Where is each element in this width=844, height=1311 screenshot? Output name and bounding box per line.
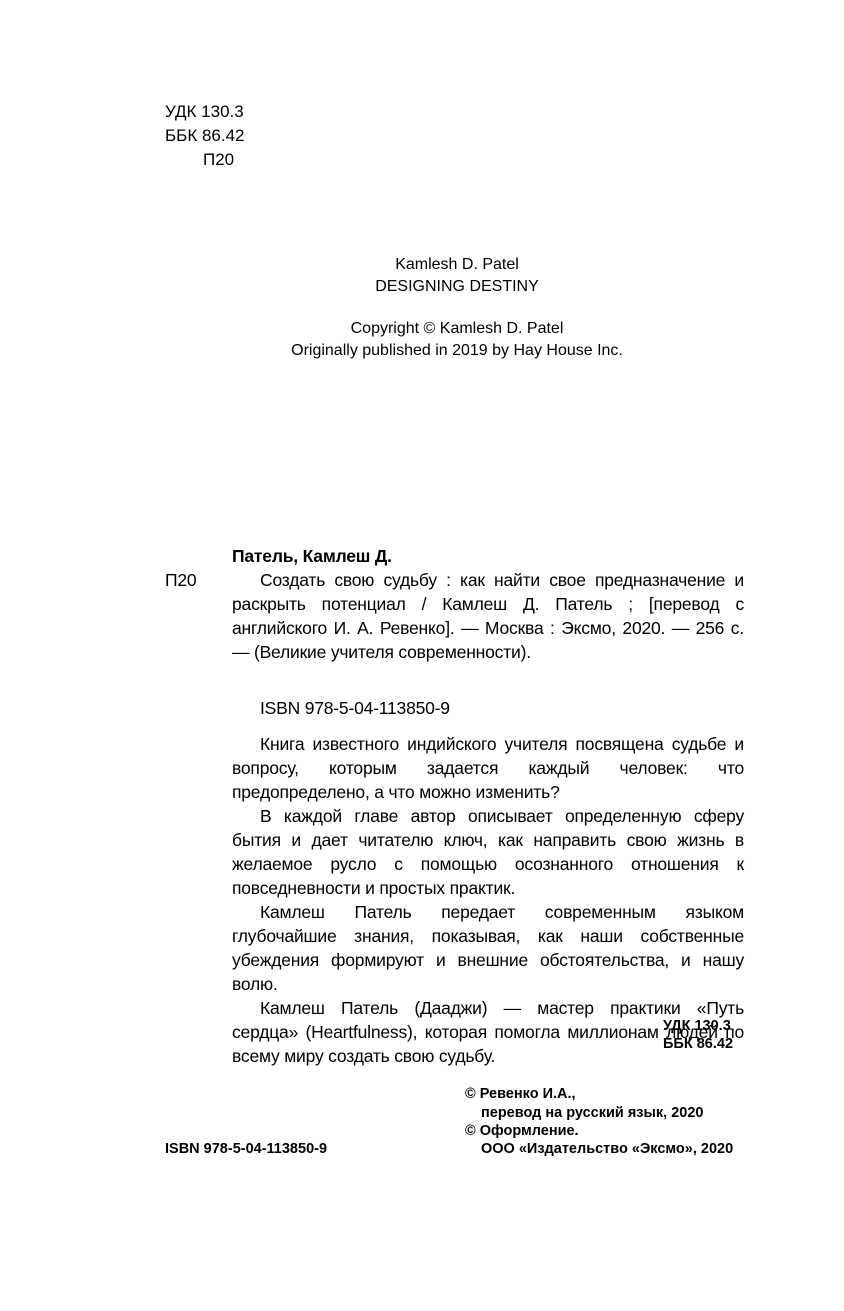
copyright-translator-line2: перевод на русский язык, 2020 bbox=[481, 1103, 703, 1123]
udk-code-bottom: УДК 130.3 bbox=[663, 1016, 731, 1036]
catalog-author-sign: П20 bbox=[165, 568, 196, 592]
copyright-translator-line1: © Ревенко И.А., bbox=[465, 1084, 576, 1104]
udk-code-top: УДК 130.3 bbox=[165, 100, 244, 124]
catalog-author-heading: Патель, Камлеш Д. bbox=[232, 544, 392, 568]
catalog-description-text: Создать свою судьбу : как найти свое пре… bbox=[232, 568, 744, 664]
original-author: Kamlesh D. Patel bbox=[70, 254, 844, 276]
original-copyright: Copyright © Kamlesh D. Patel bbox=[70, 318, 844, 340]
catalog-description: Создать свою судьбу : как найти свое пре… bbox=[232, 568, 744, 664]
original-edition: Kamlesh D. Patel DESIGNING DESTINY Copyr… bbox=[0, 254, 844, 362]
isbn-bottom: ISBN 978-5-04-113850-9 bbox=[165, 1139, 327, 1159]
annotation-paragraph: Книга известного индийского учителя посв… bbox=[232, 732, 744, 804]
copyright-design-line2: ООО «Издательство «Эксмо», 2020 bbox=[481, 1139, 733, 1159]
original-published: Originally published in 2019 by Hay Hous… bbox=[70, 340, 844, 362]
author-sign-top: П20 bbox=[203, 148, 234, 172]
annotation-paragraph: Камлеш Патель передает современным языко… bbox=[232, 900, 744, 996]
bbk-code-top: ББК 86.42 bbox=[165, 124, 244, 148]
original-title: DESIGNING DESTINY bbox=[70, 276, 844, 298]
copyright-design-line1: © Оформление. bbox=[465, 1121, 579, 1141]
catalog-isbn: ISBN 978-5-04-113850-9 bbox=[260, 696, 450, 720]
bbk-code-bottom: ББК 86.42 bbox=[663, 1034, 733, 1054]
annotation-paragraph: В каждой главе автор описывает определен… bbox=[232, 804, 744, 900]
